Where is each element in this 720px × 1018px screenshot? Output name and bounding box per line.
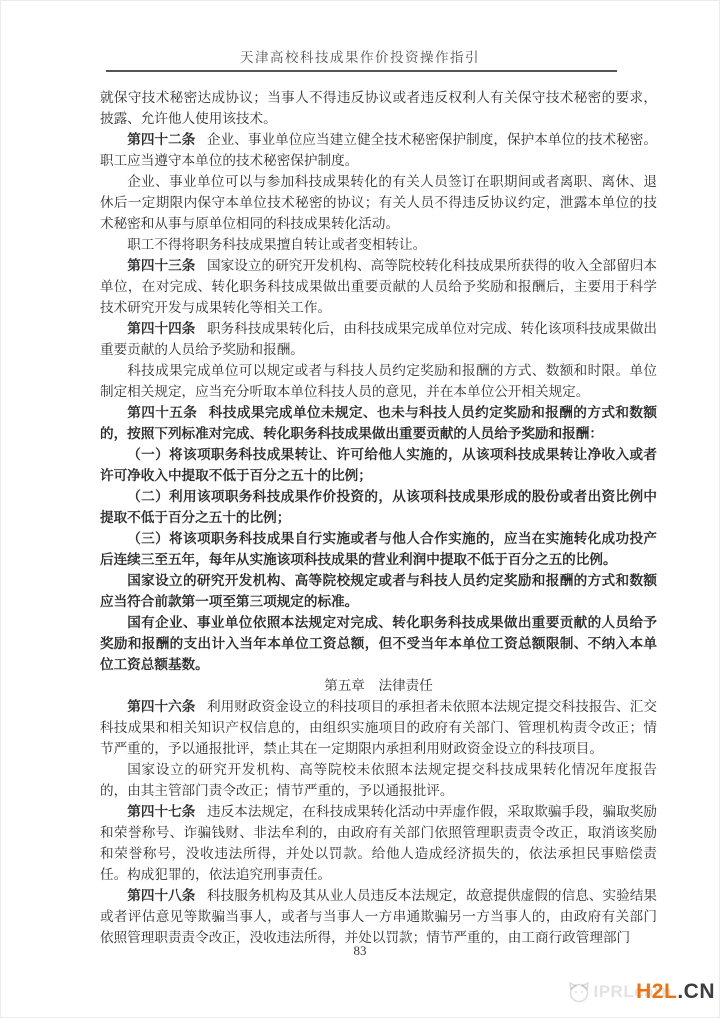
paragraph: 就保守技术秘密达成协议；当事人不得违反协议或者违反权利人有关保守技术秘密的要求，… [100, 87, 657, 129]
paragraph: 国有企业、事业单位依照本法规定对完成、转化职务科技成果做出重要贡献的人员给予奖励… [100, 612, 657, 675]
chapter-heading: 第五章 法律责任 [100, 675, 657, 696]
paragraph: （一）将该项职务科技成果转让、许可给他人实施的，从该项科技成果转让净收入或者许可… [100, 444, 657, 486]
paragraph: 第四十六条利用财政资金设立的科技项目的承担者未依照本法规定提交科技报告、汇交科技… [100, 696, 657, 759]
page-number: 83 [0, 943, 720, 959]
cat-logo-icon [567, 981, 591, 1003]
brand-wordmark: H2L.CN [636, 980, 715, 1004]
paragraph-text: （一）将该项职务科技成果转让、许可给他人实施的，从该项科技成果转让净收入或者许可… [100, 447, 657, 483]
paragraph: 第四十三条国家设立的研究开发机构、高等院校转化科技成果所获得的收入全部留归本单位… [100, 255, 657, 318]
article-number: 第四十二条 [127, 132, 207, 147]
paragraph-text: （三）将该项职务科技成果自行实施或者与他人合作实施的，应当在实施转化成功投产后连… [100, 531, 657, 567]
paragraph-text: 职工不得将职务科技成果擅自转让或者变相转让。 [127, 237, 426, 252]
paragraph: 国家设立的研究开发机构、高等院校规定或者与科技人员约定奖励和报酬的方式和数额应当… [100, 570, 657, 612]
paragraph: 第四十四条职务科技成果转化后，由科技成果完成单位对完成、转化该项科技成果做出重要… [100, 318, 657, 360]
page-header-title: 天津高校科技成果作价投资操作指引 [0, 46, 720, 66]
article-number: 第四十七条 [127, 804, 207, 819]
paragraph-text: 企业、事业单位可以与参加科技成果转化的有关人员签订在职期间或者离职、离休、退休后… [100, 174, 657, 231]
paragraph: （三）将该项职务科技成果自行实施或者与他人合作实施的，应当在实施转化成功投产后连… [100, 528, 657, 570]
article-number: 第四十八条 [127, 888, 207, 903]
paragraph: 职工不得将职务科技成果擅自转让或者变相转让。 [100, 234, 657, 255]
paragraph-text: 国家设立的研究开发机构、高等院校未依照本法规定提交科技成果转化情况年度报告的，由… [100, 762, 657, 798]
article-number: 第四十六条 [127, 699, 207, 714]
brand-suffix-text: .CN [677, 980, 715, 1003]
paragraph: 第四十二条企业、事业单位应当建立健全技术秘密保护制度，保护本单位的技术秘密。职工… [100, 129, 657, 171]
paragraph: 科技成果完成单位可以规定或者与科技人员约定奖励和报酬的方式、数额和时限。单位制定… [100, 360, 657, 402]
paragraph: 第四十七条违反本法规定，在科技成果转化活动中弄虚作假，采取欺骗手段，骗取奖励和荣… [100, 801, 657, 885]
paragraph-text: 国家设立的研究开发机构、高等院校规定或者与科技人员约定奖励和报酬的方式和数额应当… [100, 573, 657, 609]
brand-primary-text: H2L [636, 980, 677, 1003]
watermark: IPRLearn H2L.CN [567, 980, 716, 1004]
paragraph-text: 科技成果完成单位可以规定或者与科技人员约定奖励和报酬的方式、数额和时限。单位制定… [100, 363, 657, 399]
article-number: 第四十四条 [127, 321, 207, 336]
paragraph: 国家设立的研究开发机构、高等院校未依照本法规定提交科技成果转化情况年度报告的，由… [100, 759, 657, 801]
paragraph: （二）利用该项职务科技成果作价投资的，从该项科技成果形成的股份或者出资比例中提取… [100, 486, 657, 528]
paragraph-text: 就保守技术秘密达成协议；当事人不得违反协议或者违反权利人有关保守技术秘密的要求，… [100, 90, 657, 126]
paragraph-text: 国有企业、事业单位依照本法规定对完成、转化职务科技成果做出重要贡献的人员给予奖励… [100, 615, 657, 672]
header-rule [106, 70, 617, 72]
article-number: 第四十五条 [127, 405, 209, 420]
paragraph-text: （二）利用该项职务科技成果作价投资的，从该项科技成果形成的股份或者出资比例中提取… [100, 489, 657, 525]
paragraph: 第四十五条科技成果完成单位未规定、也未与科技人员约定奖励和报酬的方式和数额的，按… [100, 402, 657, 444]
paragraph: 企业、事业单位可以与参加科技成果转化的有关人员签订在职期间或者离职、离休、退休后… [100, 171, 657, 234]
document-body: 就保守技术秘密达成协议；当事人不得违反协议或者违反权利人有关保守技术秘密的要求，… [100, 87, 657, 948]
article-number: 第四十三条 [127, 258, 207, 273]
document-page: 天津高校科技成果作价投资操作指引 就保守技术秘密达成协议；当事人不得违反协议或者… [0, 0, 720, 1018]
paragraph: 第四十八条科技服务机构及其从业人员违反本法规定，故意提供虚假的信息、实验结果或者… [100, 885, 657, 948]
